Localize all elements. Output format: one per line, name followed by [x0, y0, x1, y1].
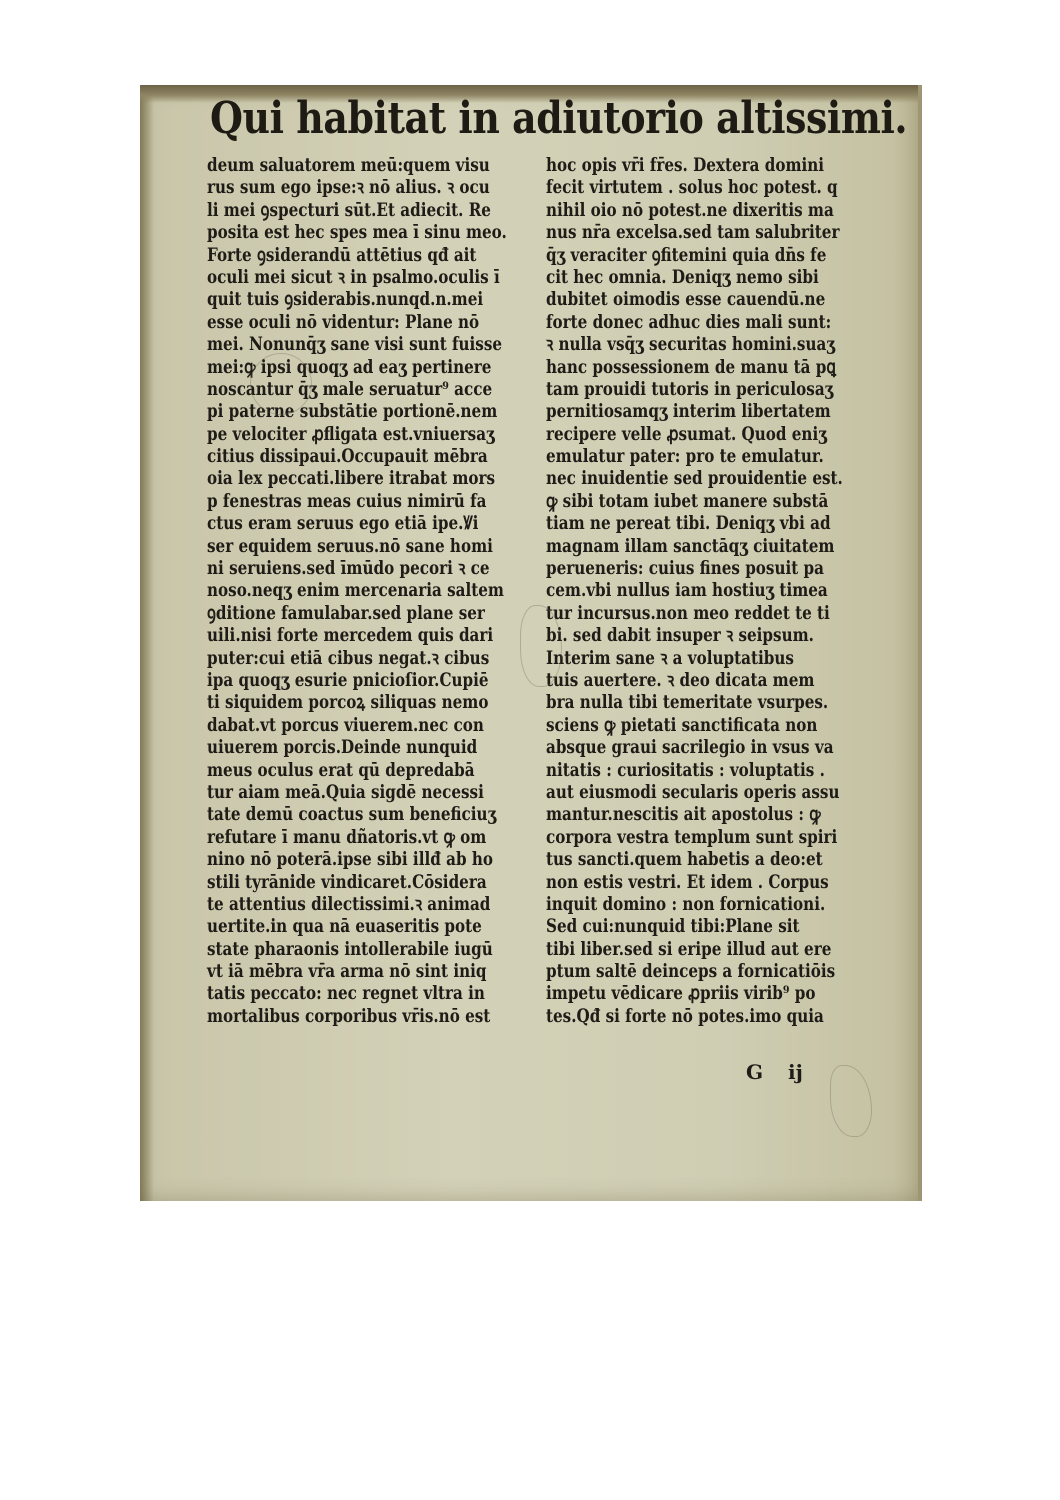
text-line: oia lex peccati.libere itrabat mors: [207, 468, 490, 490]
text-line: q̄ʒ veraciter ꝯfitemini quia dn̄s fe: [546, 245, 837, 267]
text-line: puter:cui etiā cibus negat.ꝛ cibus: [207, 648, 490, 670]
text-line: corpora vestra templum sunt spiri: [546, 827, 837, 849]
text-line: recipere velle ꝓsumat. Quod eniʒ: [546, 424, 837, 446]
text-line: ꝯditione famulabar.sed plane ser: [207, 603, 490, 625]
text-line: p fenestras meas cuius nimirū fa: [207, 491, 490, 513]
text-line: pe velociter ꝓfligata est.vniuersaʒ: [207, 424, 490, 446]
text-line: ꝙ sibi totam iubet manere substā: [546, 491, 837, 513]
text-line: te attentius dilectissimi.ꝛ animad: [207, 894, 490, 916]
text-line: emulatur pater: pro te emulatur.: [546, 446, 837, 468]
text-line: uili.nisi forte mercedem quis dari: [207, 625, 490, 647]
text-line: nec inuidentie sed prouidentie est.: [546, 468, 837, 490]
text-line: tiam ne pereat tibi. Deniqʒ vbi ad: [546, 513, 837, 535]
text-line: forte donec adhuc dies mali sunt:: [546, 312, 837, 334]
left-column: deum saluatorem meū:quem visurus sum ego…: [207, 155, 552, 1028]
text-line: meus oculus erat qū depredabā: [207, 760, 490, 782]
text-line: deum saluatorem meū:quem visu: [207, 155, 490, 177]
text-line: Sed cui:nunquid tibi:Plane sit: [546, 916, 837, 938]
text-line: tuis auertere. ꝛ deo dicata mem: [546, 670, 837, 692]
running-head: Qui habitat in adiutorio altissimi.: [210, 93, 760, 144]
text-line: ꝛ nulla vsq̄ʒ securitas homini.suaʒ: [546, 334, 837, 356]
text-line: ni seruiens.sed īmūdo pecori ꝛ ce: [207, 558, 490, 580]
text-line: nihil oio nō potest.ne dixeritis ma: [546, 200, 837, 222]
text-line: Forte ꝯsiderandū attētius qđ ait: [207, 245, 490, 267]
text-line: ti siquidem porcoꝝ siliquas nemo: [207, 692, 490, 714]
text-line: Interim sane ꝛ a voluptatibus: [546, 648, 837, 670]
text-line: noscantur q̄ʒ male seruatur⁹ acce: [207, 379, 490, 401]
text-line: uiuerem porcis.Deinde nunquid: [207, 737, 490, 759]
text-line: posita est hec spes mea ī sinu meo.: [207, 222, 490, 244]
text-line: rus sum ego ipse:ꝛ nō alius. ꝛ ocu: [207, 177, 490, 199]
text-line: pi paterne substātie portionē.nem: [207, 401, 490, 423]
text-line: dabat.vt porcus viuerem.nec con: [207, 715, 490, 737]
text-line: sciens ꝙ pietati sanctificata non: [546, 715, 837, 737]
text-line: li mei ꝯspecturi sūt.Et adiecit. Re: [207, 200, 490, 222]
text-line: fecit virtutem . solus hoc potest. q: [546, 177, 837, 199]
text-line: oculi mei sicut ꝛ in psalmo.oculis ī: [207, 267, 490, 289]
text-line: cem.vbi nullus iam hostiuʒ timea: [546, 580, 837, 602]
text-line: citius dissipaui.Occupauit mēbra: [207, 446, 490, 468]
text-line: pernitiosamqʒ interim libertatem: [546, 401, 837, 423]
text-line: tate demū coactus sum beneficiuʒ: [207, 804, 490, 826]
text-line: bi. sed dabit insuper ꝛ seipsum.: [546, 625, 837, 647]
text-line: non estis vestri. Et idem . Corpus: [546, 872, 837, 894]
text-line: vt iā mēbra vr̄a arma nō sint iniq: [207, 961, 490, 983]
text-line: aut eiusmodi secularis operis assu: [546, 782, 837, 804]
text-line: esse oculi nō videntur: Plane nō: [207, 312, 490, 334]
text-line: mantur.nescitis ait apostolus : ꝙ: [546, 804, 837, 826]
text-line: tam prouidi tutoris in periculosaʒ: [546, 379, 837, 401]
scanned-page: Qui habitat in adiutorio altissimi. deum…: [140, 85, 922, 1201]
text-line: mei. Nonunq̄ʒ sane visi sunt fuisse: [207, 334, 490, 356]
text-line: bra nulla tibi temeritate vsurpes.: [546, 692, 837, 714]
text-line: ser equidem seruus.nō sane homi: [207, 536, 490, 558]
text-line: tus sancti.quem habetis a deo:et: [546, 849, 837, 871]
text-line: cit hec omnia. Deniqʒ nemo sibi: [546, 267, 837, 289]
text-line: mei:ꝙ ipsi quoqʒ ad eaʒ pertinere: [207, 357, 490, 379]
text-line: inquit domino : non fornicationi.: [546, 894, 837, 916]
text-line: absque graui sacrilegio in vsus va: [546, 737, 837, 759]
text-line: nitatis : curiositatis : voluptatis .: [546, 760, 837, 782]
text-line: ctus eram seruus ego etiā ipe.Ꝟi: [207, 513, 490, 535]
watermark-mark: [830, 1065, 872, 1137]
text-line: nus nr̄a excelsa.sed tam salubriter: [546, 222, 837, 244]
text-line: magnam illam sanctāqʒ ciuitatem: [546, 536, 837, 558]
text-line: tibi liber.sed si eripe illud aut ere: [546, 939, 837, 961]
text-line: hanc possessionem de manu tā pꝗ: [546, 357, 837, 379]
text-line: hoc opis vr̄i fr̄es. Dextera domini: [546, 155, 837, 177]
text-line: refutare ī manu dñatoris.vt ꝙ om: [207, 827, 490, 849]
signature-mark: G ij: [746, 1060, 803, 1084]
text-line: impetu vēdicare ꝓpriis virib⁹ po: [546, 983, 837, 1005]
text-line: tatis peccato: nec regnet vltra in: [207, 983, 490, 1005]
text-line: tes.Qđ si forte nō potes.imo quia: [546, 1006, 837, 1028]
text-line: noso.neqʒ enim mercenaria saltem: [207, 580, 490, 602]
text-line: state pharaonis intollerabile iugū: [207, 939, 490, 961]
text-line: ipa quoqʒ esurie pnicioſior.Cupiē: [207, 670, 490, 692]
text-line: mortalibus corporibus vr̄is.nō est: [207, 1006, 490, 1028]
text-line: uertite.in qua nā euaseritis pote: [207, 916, 490, 938]
text-line: tur incursus.non meo reddet te ti: [546, 603, 837, 625]
text-line: perueneris: cuius fines posuit pa: [546, 558, 837, 580]
text-line: quit tuis ꝯsiderabis.nunqd.n.mei: [207, 289, 490, 311]
text-line: stili tyrānide vindicaret.Cōsidera: [207, 872, 490, 894]
right-column: hoc opis vr̄i fr̄es. Dextera dominifecit…: [546, 155, 901, 1028]
text-line: tur aiam meā.Quia sigdē necessi: [207, 782, 490, 804]
text-line: nino nō poterā.ipse sibi illđ ab ho: [207, 849, 490, 871]
text-line: dubitet oimodis esse cauendū.ne: [546, 289, 837, 311]
text-line: ptum saltē deinceps a fornicatiōis: [546, 961, 837, 983]
